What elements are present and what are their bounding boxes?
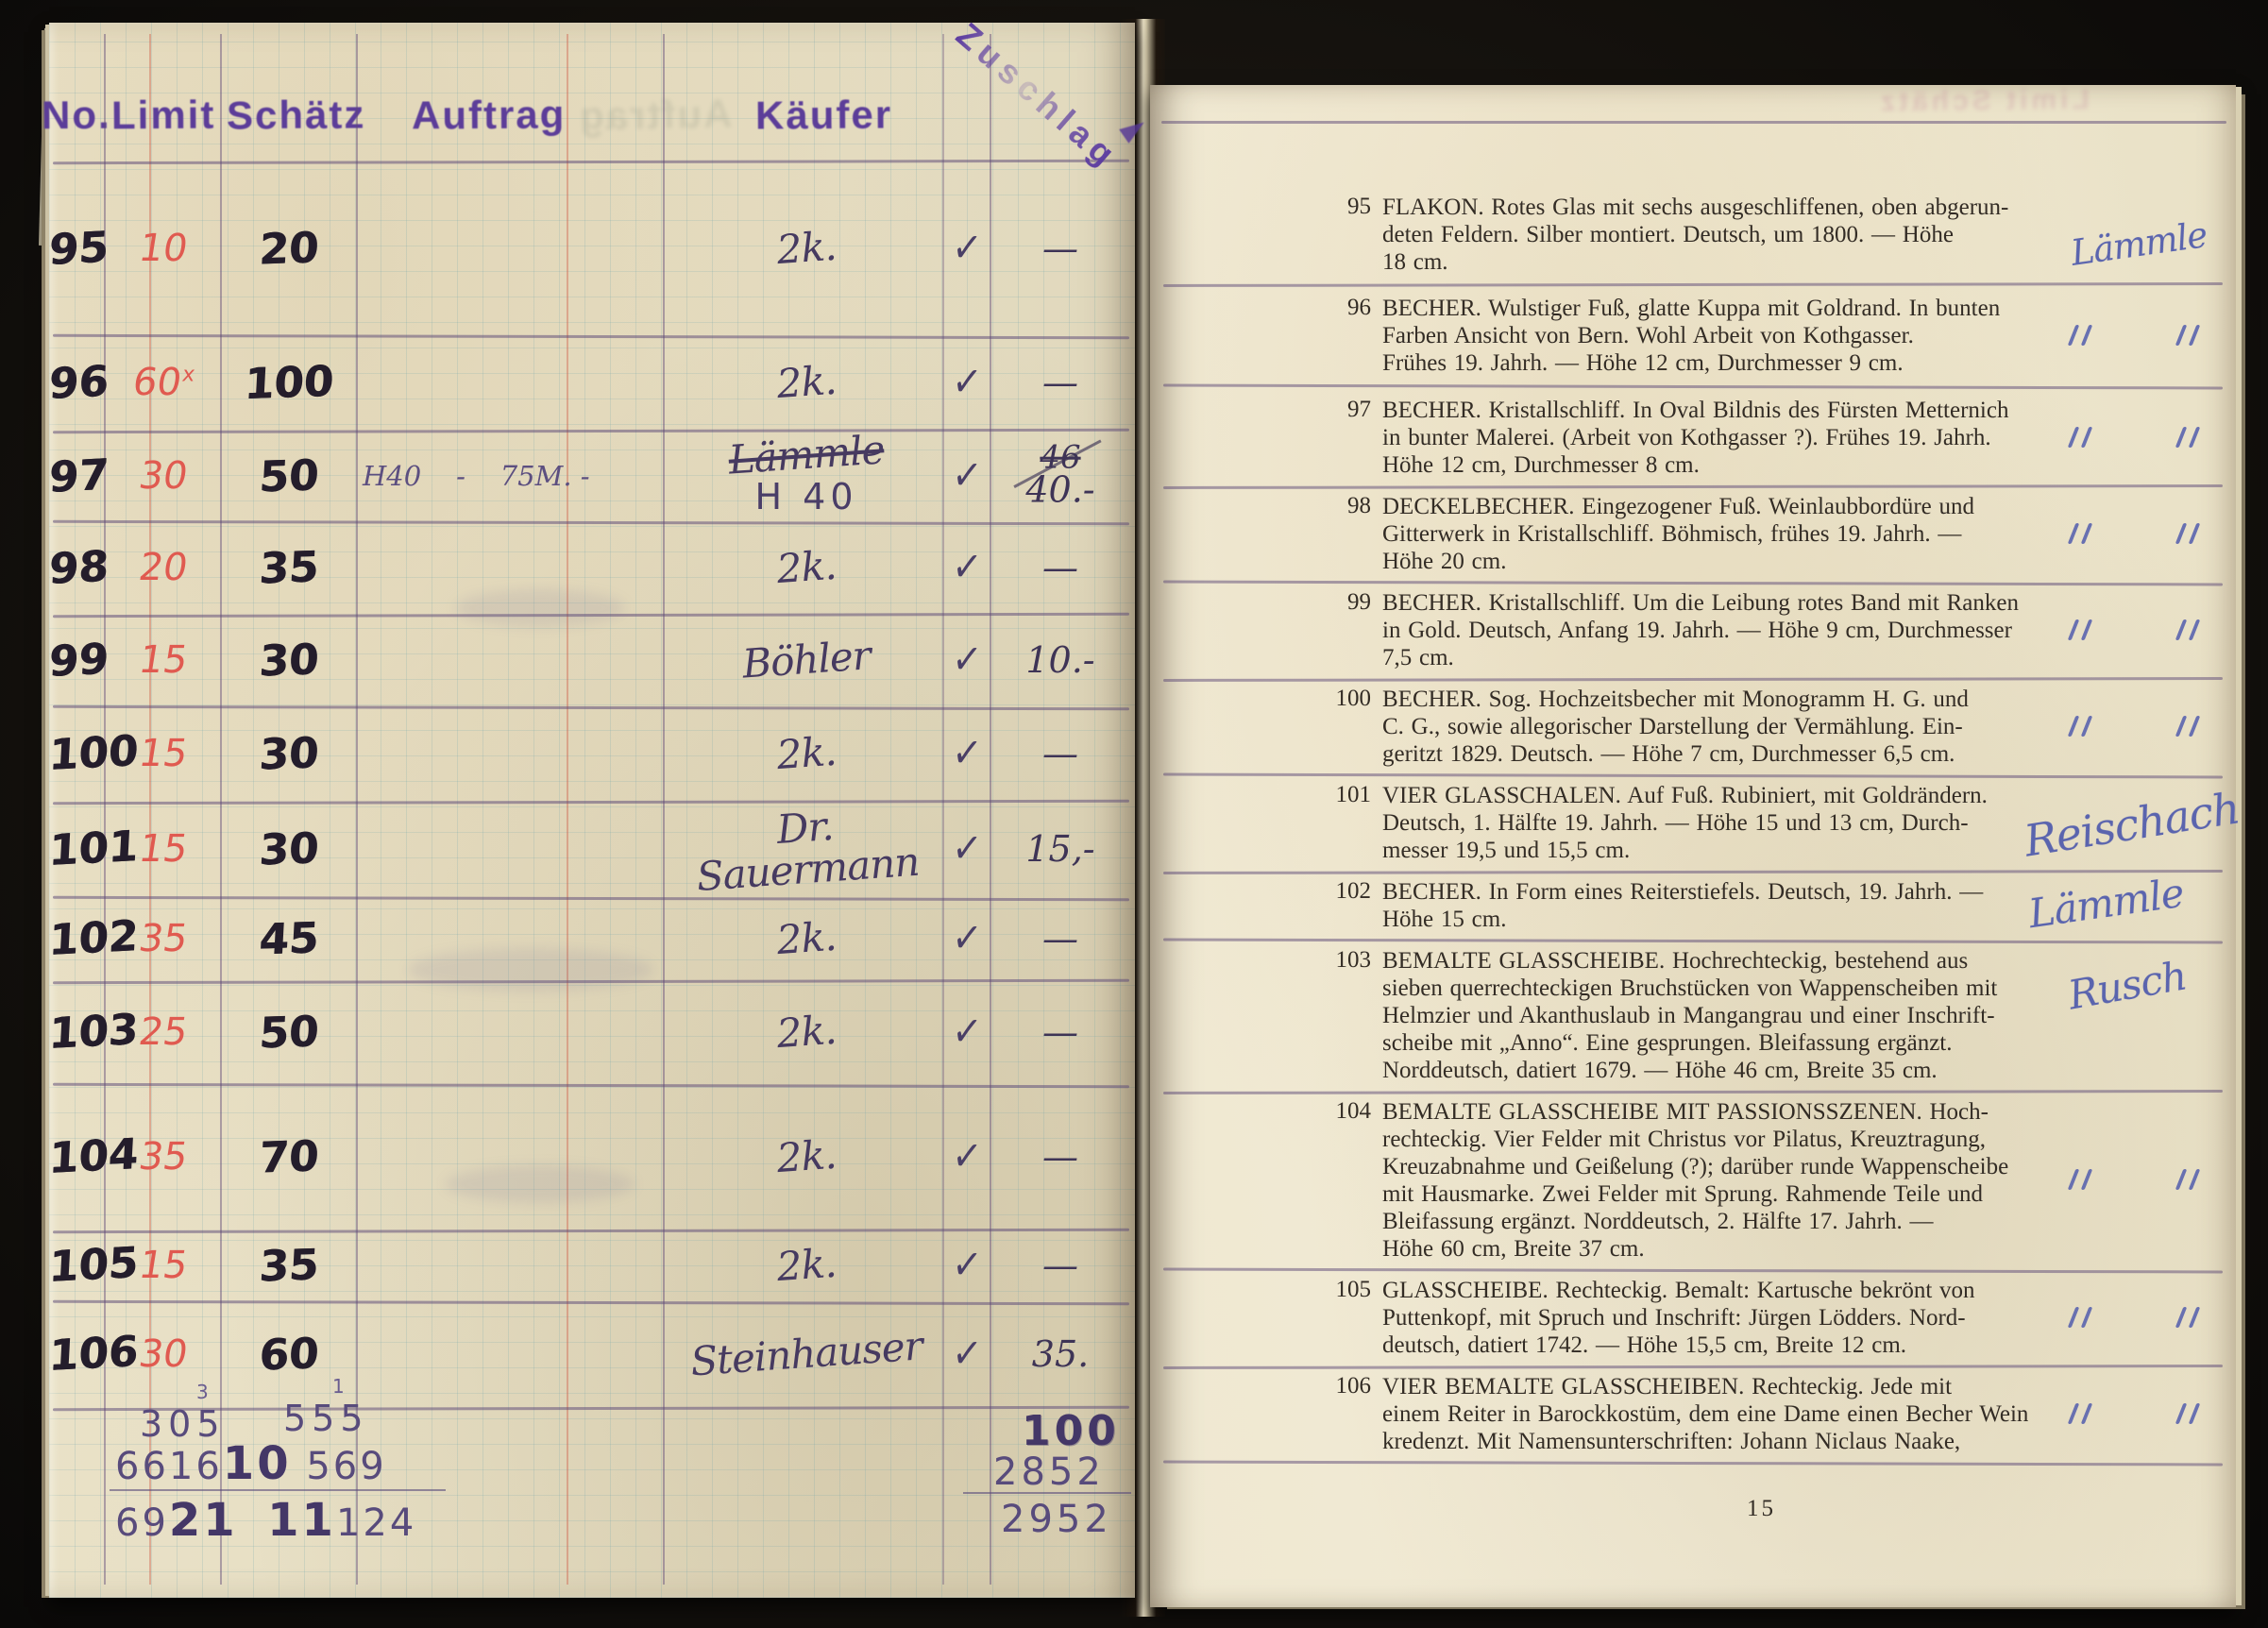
entry-text-line: rechteckig. Vier Felder mit Christus vor…	[1382, 1126, 2021, 1153]
ditto-stroke	[2068, 1402, 2080, 1423]
entry-text-line: in Gold. Deutsch, Anfang 19. Jahrh. — Hö…	[1382, 617, 2021, 644]
carry-mark: 3	[196, 1381, 209, 1403]
entry-text-line: C. G., sowie allegorischer Darstellung d…	[1382, 713, 2021, 740]
limit-value: 30	[104, 1332, 222, 1376]
buyer-name: 2k.	[664, 1235, 949, 1297]
zuschlag-cell: 15,-	[991, 831, 1129, 867]
lot-number: 105	[47, 1239, 107, 1292]
buyer-name: 2k.	[664, 908, 949, 970]
entry-text-line: BECHER. Kristallschliff. Um die Leibung …	[1382, 589, 2021, 617]
zuschlag-total: 2952	[1001, 1498, 1112, 1541]
ditto-stroke	[2068, 619, 2080, 639]
entry-text-line: Höhe 15 cm.	[1382, 906, 2021, 933]
buyer-cell: 2k.	[665, 227, 948, 268]
ledger-page: No. Limit Schätz Auftrag Auftrag Käufer …	[49, 23, 1135, 1598]
ink-showthrough	[408, 948, 653, 992]
estimate-value: 35	[221, 1238, 356, 1293]
entry-text-line: BECHER. In Form eines Reiterstiefels. De…	[1382, 878, 2021, 906]
estimate-value: 50	[221, 449, 356, 503]
entry-number: 105	[1299, 1277, 1371, 1303]
entry-text-line: FLAKON. Rotes Glas mit sechs ausgeschlif…	[1382, 194, 2021, 221]
check-mark: ✓	[941, 1130, 991, 1183]
entry-separator-rule	[1163, 1365, 2223, 1369]
entry-text: FLAKON. Rotes Glas mit sechs ausgeschlif…	[1382, 194, 2021, 276]
entry-number: 96	[1299, 295, 1371, 321]
ditto-stroke	[2175, 619, 2188, 639]
entry-number: 102	[1299, 878, 1371, 905]
entry-text-line: geritzt 1829. Deutsch. — Höhe 7 cm, Durc…	[1382, 740, 2021, 768]
entry-number: 95	[1299, 194, 1371, 220]
ledger-row: 991530Böhler✓10.-	[49, 614, 1135, 706]
entry-separator-rule	[1163, 484, 2223, 489]
ditto-stroke	[2081, 1402, 2093, 1423]
limit-mark: x	[180, 364, 196, 387]
ink-showthrough	[446, 1165, 635, 1203]
entry-text-line: Deutsch, 1. Hälfte 19. Jahrh. — Höhe 15 …	[1382, 809, 2021, 837]
ditto-marks-icon	[2172, 716, 2209, 738]
zuschlag-cell: —	[991, 1139, 1129, 1175]
buyer-name: 2k.	[664, 537, 949, 599]
limit-value: 35	[104, 1135, 222, 1179]
lot-number: 101	[47, 822, 107, 875]
entry-text-line: Höhe 20 cm.	[1382, 548, 2021, 575]
ditto-stroke	[2081, 1169, 2093, 1190]
entry-text-line: VIER BEMALTE GLASSCHEIBEN. Rechteckig. J…	[1382, 1373, 2021, 1400]
entry-text-line: in bunter Malerei. (Arbeit von Kothgasse…	[1382, 424, 2021, 451]
zuschlag-struck-value: 46	[991, 443, 1129, 472]
ledger-row: 973050H40 - 75M. -LämmleH 40✓4640.-	[49, 430, 1135, 521]
ghost-stamp-impression: Limit Schätz	[1877, 84, 2090, 118]
entry-text-line: GLASSCHEIBE. Rechteckig. Bemalt: Kartusc…	[1382, 1277, 2021, 1304]
sum-rule	[110, 1489, 446, 1491]
ditto-stroke	[2175, 1169, 2188, 1190]
check-mark: ✓	[941, 727, 991, 780]
entry-separator-rule	[1163, 581, 2223, 586]
lot-number: 98	[47, 541, 107, 594]
grand-total-sums: 6921 11124	[115, 1494, 416, 1547]
buyer-cell: 2k.	[665, 1136, 948, 1178]
entry-text-line: Kreuzabnahme und Geißelung (?); darüber …	[1382, 1153, 2021, 1180]
lot-number: 104	[47, 1130, 107, 1183]
buyer-cell: Böhler	[665, 639, 948, 681]
ditto-stroke	[2081, 522, 2093, 543]
check-mark: ✓	[941, 449, 991, 502]
zuschlag-cell: —	[991, 1247, 1129, 1283]
entry-number: 101	[1299, 782, 1371, 808]
ditto-marks-icon	[2172, 523, 2209, 546]
entry-text: BECHER. Wulstiger Fuß, glatte Kuppa mit …	[1382, 295, 2021, 377]
entry-number: 106	[1299, 1373, 1371, 1399]
estimate-value: 70	[221, 1129, 356, 1184]
entry-separator-rule	[1163, 1090, 2223, 1094]
estimate-value: 45	[221, 911, 356, 966]
limit-value: 15	[104, 1244, 222, 1287]
carry-mark: 1	[332, 1375, 345, 1398]
ditto-stroke	[2175, 426, 2188, 447]
limit-value: 20	[104, 546, 222, 589]
check-mark: ✓	[941, 1006, 991, 1059]
ditto-stroke	[2175, 522, 2188, 543]
ditto-stroke	[2068, 1306, 2080, 1327]
entry-number: 98	[1299, 493, 1371, 519]
entry-text: BEMALTE GLASSCHEIBE. Hochrechteckig, bes…	[1382, 947, 2021, 1084]
ditto-stroke	[2068, 1169, 2080, 1190]
buyer-annotation: Reischach	[2021, 782, 2243, 866]
estimate-value: 100	[221, 355, 356, 410]
zuschlag-value: —	[991, 1139, 1129, 1175]
lot-number: 99	[47, 634, 107, 687]
entry-number: 97	[1299, 397, 1371, 423]
zuschlag-value: 15,-	[991, 831, 1129, 867]
ditto-stroke	[2189, 522, 2201, 543]
buyer-cell: 2k.	[665, 1011, 948, 1053]
limit-value: 15	[104, 732, 222, 775]
zuschlag-value: —	[991, 1247, 1129, 1283]
entry-separator-rule	[1163, 1268, 2223, 1274]
ledger-row: 9510202k.✓—	[49, 161, 1135, 335]
entry-text-line: Höhe 12 cm, Durchmesser 8 cm.	[1382, 451, 2021, 479]
entry-text-line: BECHER. Kristallschliff. In Oval Bildnis…	[1382, 397, 2021, 424]
entry-text-line: 7,5 cm.	[1382, 644, 2021, 671]
ditto-stroke	[2189, 1402, 2201, 1423]
entry-text-line: kredenzt. Mit Namensunterschriften: Joha…	[1382, 1428, 2021, 1455]
buyer-name: 2k.	[664, 217, 949, 279]
entry-text-line: BECHER. Wulstiger Fuß, glatte Kuppa mit …	[1382, 295, 2021, 322]
entry-number: 104	[1299, 1098, 1371, 1125]
ditto-stroke	[2175, 1402, 2188, 1423]
ditto-stroke	[2175, 324, 2188, 345]
entry-text: BECHER. Sog. Hochzeitsbecher mit Monogra…	[1382, 686, 2021, 768]
ditto-stroke	[2175, 1306, 2188, 1327]
buyer-name: Böhler	[664, 630, 949, 691]
zuschlag-value: —	[991, 921, 1129, 957]
zuschlag-cell: 35.	[991, 1336, 1129, 1372]
entry-text-line: Norddeutsch, datiert 1679. — Höhe 46 cm,…	[1382, 1057, 2021, 1084]
entry-number: 100	[1299, 686, 1371, 712]
entry-text-line: Frühes 19. Jahrh. — Höhe 12 cm, Durchmes…	[1382, 349, 2021, 377]
ditto-stroke	[2189, 1169, 2201, 1190]
zuschlag-cell: 10.-	[991, 642, 1129, 678]
ditto-marks-icon	[2064, 427, 2102, 449]
column-header-auftrag: Auftrag	[412, 92, 567, 138]
entry-text-line: einem Reiter in Barockkostüm, dem eine D…	[1382, 1400, 2021, 1428]
ditto-marks-icon	[2172, 325, 2209, 348]
buyer-cell: 2k.	[665, 1245, 948, 1286]
zuschlag-carry: 2852	[993, 1450, 1105, 1494]
check-mark: ✓	[941, 222, 991, 275]
estimate-value: 60	[221, 1327, 356, 1382]
buyer-annotation: Lämmle	[2025, 870, 2186, 937]
ditto-marks-icon	[2064, 1307, 2102, 1330]
check-mark: ✓	[941, 1239, 991, 1292]
entry-text-line: deutsch, datiert 1742. — Höhe 15,5 cm, B…	[1382, 1331, 2021, 1359]
buyer-cell: 2k.	[665, 918, 948, 959]
auction-ledger-photo: No. Limit Schätz Auftrag Auftrag Käufer …	[0, 0, 2268, 1628]
entry-text-line: Helmzier und Akanthuslaub in Mangangrau …	[1382, 1002, 2021, 1029]
zuschlag-cell: —	[991, 365, 1129, 400]
ditto-stroke	[2068, 715, 2080, 736]
buyer-cell: Steinhauser	[665, 1333, 948, 1375]
ditto-marks-icon	[2064, 325, 2102, 348]
column-header-no: No.	[42, 93, 111, 139]
buyer-name: 2k.	[664, 352, 949, 414]
ditto-marks-icon	[2172, 619, 2209, 642]
ledger-row: 10515352k.✓—	[49, 1229, 1135, 1301]
ledger-row: 1011530Dr. Sauermann✓15,-	[49, 801, 1135, 897]
ditto-stroke	[2175, 715, 2188, 736]
check-mark: ✓	[941, 822, 991, 875]
zuschlag-addition: 100	[1022, 1407, 1120, 1455]
entry-text-line: scheibe mit „Anno“. Eine gesprungen. Ble…	[1382, 1029, 2021, 1057]
entry-text: BECHER. Kristallschliff. Um die Leibung …	[1382, 589, 2021, 671]
ditto-stroke	[2189, 1306, 2201, 1327]
entry-text-line: Gitterwerk in Kristallschliff. Böhmisch,…	[1382, 520, 2021, 548]
ditto-stroke	[2189, 324, 2201, 345]
zuschlag-cell: —	[991, 921, 1129, 957]
entry-text: BECHER. Kristallschliff. In Oval Bildnis…	[1382, 397, 2021, 479]
limit-value: 30	[104, 454, 222, 498]
column-header-kaeufer: Käufer	[755, 92, 892, 138]
zuschlag-cell: —	[991, 550, 1129, 585]
entry-separator-rule	[1163, 677, 2223, 682]
ditto-marks-icon	[2172, 1169, 2209, 1192]
ditto-marks-icon	[2172, 1307, 2209, 1330]
ditto-stroke	[2189, 426, 2201, 447]
lot-number: 102	[47, 912, 107, 965]
entry-text: GLASSCHEIBE. Rechteckig. Bemalt: Kartusc…	[1382, 1277, 2021, 1359]
ink-showthrough	[455, 589, 625, 627]
ditto-marks-icon	[2064, 716, 2102, 738]
entry-text: VIER GLASSCHALEN. Auf Fuß. Rubiniert, mi…	[1382, 782, 2021, 864]
buyer-name: Steinhauser	[664, 1324, 949, 1385]
ghost-header-impression: Auftrag	[578, 92, 733, 140]
ditto-stroke	[2081, 715, 2093, 736]
estimate-value: 35	[221, 540, 356, 595]
limit-value: 15	[104, 827, 222, 871]
lot-number: 95	[47, 221, 107, 274]
zuschlag-cell: —	[991, 736, 1129, 772]
estimate-value: 30	[221, 633, 356, 687]
carried-forward-sums: 661610 569	[115, 1437, 387, 1490]
ledger-row: 9660x1002k.✓—	[49, 335, 1135, 430]
lot-number: 106	[47, 1328, 107, 1381]
buyer-cell: Dr. Sauermann	[665, 807, 948, 890]
entry-text: VIER BEMALTE GLASSCHEIBEN. Rechteckig. J…	[1382, 1373, 2021, 1455]
entry-separator-rule	[1163, 870, 2223, 874]
page-number: 15	[1747, 1496, 1776, 1522]
entry-text-line: BEMALTE GLASSCHEIBE. Hochrechteckig, bes…	[1382, 947, 2021, 975]
entry-text-line: BEMALTE GLASSCHEIBE MIT PASSIONSSZENEN. …	[1382, 1098, 2021, 1126]
buyer-name: 2k.	[664, 1127, 949, 1188]
zuschlag-value: —	[991, 550, 1129, 585]
check-mark: ✓	[941, 356, 991, 409]
lot-number: 96	[47, 356, 107, 409]
buyer-cell: 2k.	[665, 733, 948, 774]
entry-text-line: 18 cm.	[1382, 248, 2021, 276]
entry-separator-rule	[1163, 384, 2223, 390]
entry-text-line: messer 19,5 und 15,5 cm.	[1382, 837, 2021, 864]
ledger-row: 10435702k.✓—	[49, 1084, 1135, 1229]
lot-number: 100	[47, 727, 107, 780]
entry-text-line: Bleifassung ergänzt. Norddeutsch, 2. Häl…	[1382, 1208, 2021, 1235]
entry-text-line: Puttenkopf, mit Spruch und Inschrift: Jü…	[1382, 1304, 2021, 1331]
entry-text-line: sieben querrechteckigen Bruchstücken von…	[1382, 975, 2021, 1002]
entry-text-line: VIER GLASSCHALEN. Auf Fuß. Rubiniert, mi…	[1382, 782, 2021, 809]
sum-rule	[963, 1492, 1131, 1494]
entry-text-line: BECHER. Sog. Hochzeitsbecher mit Monogra…	[1382, 686, 2021, 713]
entry-separator-rule	[1163, 939, 2223, 944]
auftrag-note: H40 - 75M. -	[363, 460, 661, 492]
buyer-name: 2k.	[664, 723, 949, 785]
ditto-marks-icon	[2064, 1403, 2102, 1426]
zuschlag-value: —	[991, 365, 1129, 400]
catalog-page: Limit Schätz 95FLAKON. Rotes Glas mit se…	[1150, 85, 2236, 1607]
entry-text-line: Höhe 60 cm, Breite 37 cm.	[1382, 1235, 2021, 1263]
ditto-stroke	[2081, 426, 2093, 447]
zuschlag-value: 40.-	[991, 472, 1129, 508]
zuschlag-value: 35.	[991, 1336, 1129, 1372]
ledger-row: 1063060Steinhauser✓35.	[49, 1301, 1135, 1407]
ditto-stroke	[2189, 619, 2201, 639]
buyer-annotation: Rusch	[2065, 952, 2190, 1018]
zuschlag-cell: —	[991, 230, 1129, 266]
entry-separator-rule	[1163, 773, 2223, 779]
ledger-row: 10015302k.✓—	[49, 706, 1135, 801]
limit-value: 35	[104, 917, 222, 960]
estimate-value: 20	[221, 221, 356, 276]
zuschlag-value: —	[991, 230, 1129, 266]
check-mark: ✓	[941, 634, 991, 687]
column-header-limit: Limit	[111, 93, 216, 139]
zuschlag-cell: —	[991, 1014, 1129, 1050]
ditto-stroke	[2068, 324, 2080, 345]
buyer-cell: 2k.	[665, 547, 948, 588]
ditto-stroke	[2189, 715, 2201, 736]
buyer-name: 2k.	[664, 1002, 949, 1063]
entry-text: DECKELBECHER. Eingezogener Fuß. Weinlaub…	[1382, 493, 2021, 575]
ditto-stroke	[2081, 619, 2093, 639]
buyer-cell: LämmleH 40	[665, 433, 948, 517]
zuschlag-value: —	[991, 1014, 1129, 1050]
entry-text-line: Farben Ansicht von Bern. Wohl Arbeit von…	[1382, 322, 2021, 349]
entry-text-line: DECKELBECHER. Eingezogener Fuß. Weinlaub…	[1382, 493, 2021, 520]
limit-value: 60x	[104, 361, 222, 404]
ledger-row: 10325502k.✓—	[49, 980, 1135, 1084]
entry-text: BECHER. In Form eines Reiterstiefels. De…	[1382, 878, 2021, 933]
ditto-marks-icon	[2172, 427, 2209, 449]
ditto-stroke	[2068, 426, 2080, 447]
limit-value: 10	[104, 227, 222, 270]
entry-text: BEMALTE GLASSCHEIBE MIT PASSIONSSZENEN. …	[1382, 1098, 2021, 1263]
column-header-schaetz: Schätz	[227, 92, 366, 138]
limit-value: 25	[104, 1010, 222, 1054]
entry-separator-rule	[1163, 1461, 2223, 1467]
lot-number: 103	[47, 1006, 107, 1059]
zuschlag-value: —	[991, 736, 1129, 772]
ditto-stroke	[2081, 324, 2093, 345]
ditto-marks-icon	[2172, 1403, 2209, 1426]
estimate-value: 30	[221, 822, 356, 876]
zuschlag-cell: 4640.-	[991, 443, 1129, 508]
check-mark: ✓	[941, 912, 991, 965]
ditto-marks-icon	[2064, 619, 2102, 642]
buyer-cell: 2k.	[665, 362, 948, 403]
ditto-stroke	[2081, 1306, 2093, 1327]
entry-text-line: deten Feldern. Silber montiert. Deutsch,…	[1382, 221, 2021, 248]
check-mark: ✓	[941, 541, 991, 594]
limit-value: 15	[104, 638, 222, 682]
buyer-name: Dr. Sauermann	[662, 798, 950, 901]
check-mark: ✓	[941, 1328, 991, 1381]
estimate-value: 30	[221, 726, 356, 781]
entry-separator-rule	[1163, 282, 2223, 287]
ditto-marks-icon	[2064, 1169, 2102, 1192]
entry-text-line: mit Hausmarke. Zwei Felder mit Sprung. R…	[1382, 1180, 2021, 1208]
schaetz-subtotal: 555	[283, 1398, 369, 1439]
lot-number: 97	[47, 449, 107, 501]
top-rule	[1161, 121, 2226, 124]
zuschlag-value: 10.-	[991, 642, 1129, 678]
estimate-value: 50	[221, 1005, 356, 1060]
ditto-stroke	[2068, 522, 2080, 543]
buyer-annotation: Lämmle	[2069, 214, 2209, 274]
entry-number: 103	[1299, 947, 1371, 974]
entry-number: 99	[1299, 589, 1371, 616]
ditto-marks-icon	[2064, 523, 2102, 546]
